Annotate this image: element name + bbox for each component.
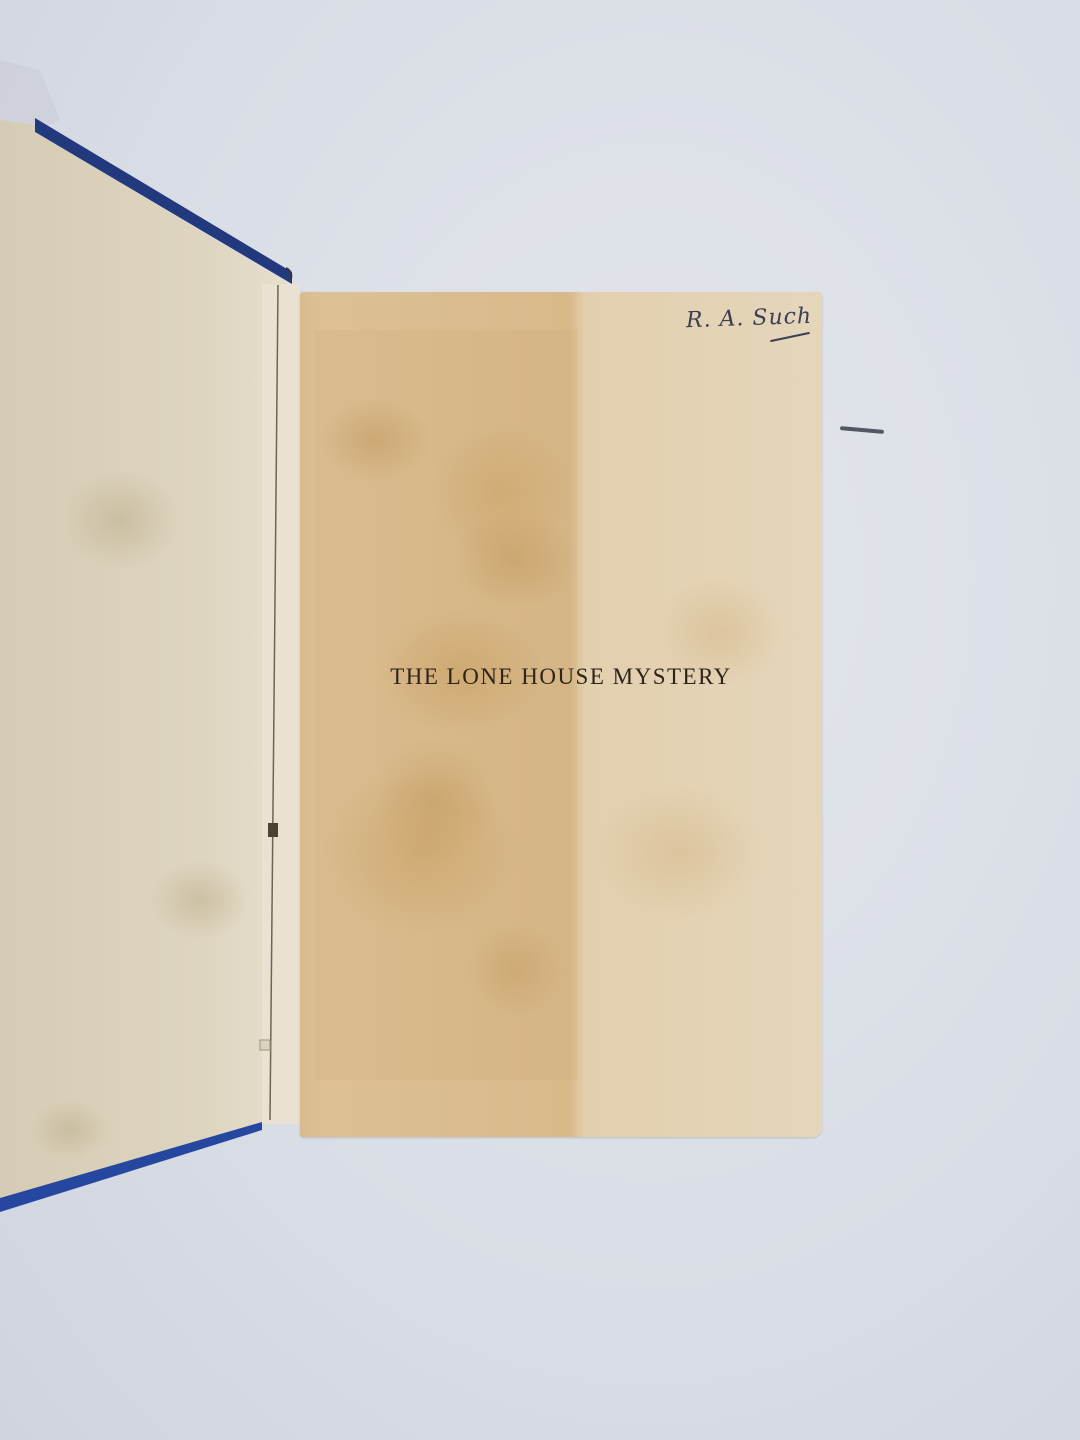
half-title-page: R. A. Such THE LONE HOUSE MYSTERY bbox=[300, 292, 822, 1137]
owner-signature: R. A. Such bbox=[685, 304, 812, 333]
foxing-stain bbox=[315, 330, 577, 1080]
book-title: THE LONE HOUSE MYSTERY bbox=[300, 664, 822, 690]
photo-scene: R. A. Such THE LONE HOUSE MYSTERY bbox=[0, 0, 1080, 1440]
pen-mark-on-table bbox=[840, 426, 884, 434]
signature-underline bbox=[770, 332, 810, 342]
